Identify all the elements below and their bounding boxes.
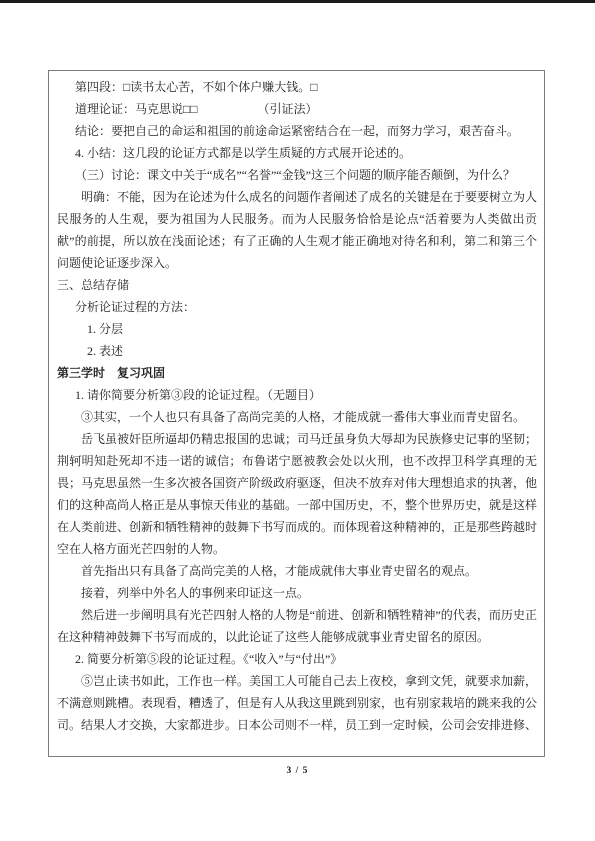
para-passage-3-examples: 岳飞虽被奸臣所逼却仍精忠报国的忠诚；司马迁虽身负大辱却为民族修史记事的坚韧；荆轲… — [57, 428, 537, 560]
para-passage-3-thesis: ③其实，一个人也只有具备了高尚完美的人格，才能成就一番伟大事业而青史留名。 — [57, 406, 537, 428]
document-page: 第四段：□读书太心苦，不如个体户赚大钱。□ 道理论证：马克思说□□（引证法） 结… — [0, 0, 595, 841]
para-analysis-method: 分析论证过程的方法： — [57, 296, 537, 318]
para-analysis-next: 接着，列举中外名人的事例来印证这一点。 — [57, 582, 537, 604]
para-summary-item-4: 4. 小结：这几段的论证方式都是以学生质疑的方式展开论述的。 — [57, 142, 537, 164]
para-discussion-question: （三）讨论：课文中关于“成名”“名誉”“金钱”这三个问题的顺序能否颠倒，为什么？ — [57, 164, 537, 186]
reasoning-proof-text: 道理论证：马克思说□□ — [75, 102, 198, 116]
page-top-rule — [0, 0, 595, 3]
list-item-fenceng: 1. 分层 — [57, 318, 537, 340]
heading-section-three-summary: 三、总结存储 — [57, 274, 537, 296]
para-passage-5-text: ⑤岂止读书如此，工作也一样。美国工人可能自己去上夜校，拿到文凭，就要求加薪，不满… — [57, 670, 537, 736]
para-conclusion: 结论：要把自己的命运和祖国的前途命运紧密结合在一起，而努力学习，艰苦奋斗。 — [57, 120, 537, 142]
para-question-1: 1. 请你简要分析第③段的论证过程。（无题目） — [57, 384, 537, 406]
content-border-box: 第四段：□读书太心苦，不如个体户赚大钱。□ 道理论证：马克思说□□（引证法） 结… — [48, 70, 545, 757]
para-analysis-then: 然后进一步阐明具有光芒四射人格的人物是“前进、创新和牺牲精神”的代表，而历史正在… — [57, 604, 537, 648]
para-fourth-paragraph-quote: 第四段：□读书太心苦，不如个体户赚大钱。□ — [57, 76, 537, 98]
list-item-biaoshu: 2. 表述 — [57, 340, 537, 362]
para-reasoning-proof: 道理论证：马克思说□□（引证法） — [57, 98, 537, 120]
tab-gap — [198, 112, 258, 113]
para-analysis-first: 首先指出只有具备了高尚完美的人格，才能成就伟大事业青史留名的观点。 — [57, 560, 537, 582]
page-number: 3 / 5 — [0, 766, 595, 776]
heading-third-period-review: 第三学时 复习巩固 — [57, 362, 537, 384]
para-mingque-answer: 明确：不能，因为在论述为什么成名的问题作者阐述了成名的关键是在于要要树立为人民服… — [57, 186, 537, 274]
para-question-2: 2. 简要分析第⑤段的论证过程。《“收入”与“付出”》 — [57, 648, 537, 670]
citation-method-label: （引证法） — [258, 102, 318, 116]
